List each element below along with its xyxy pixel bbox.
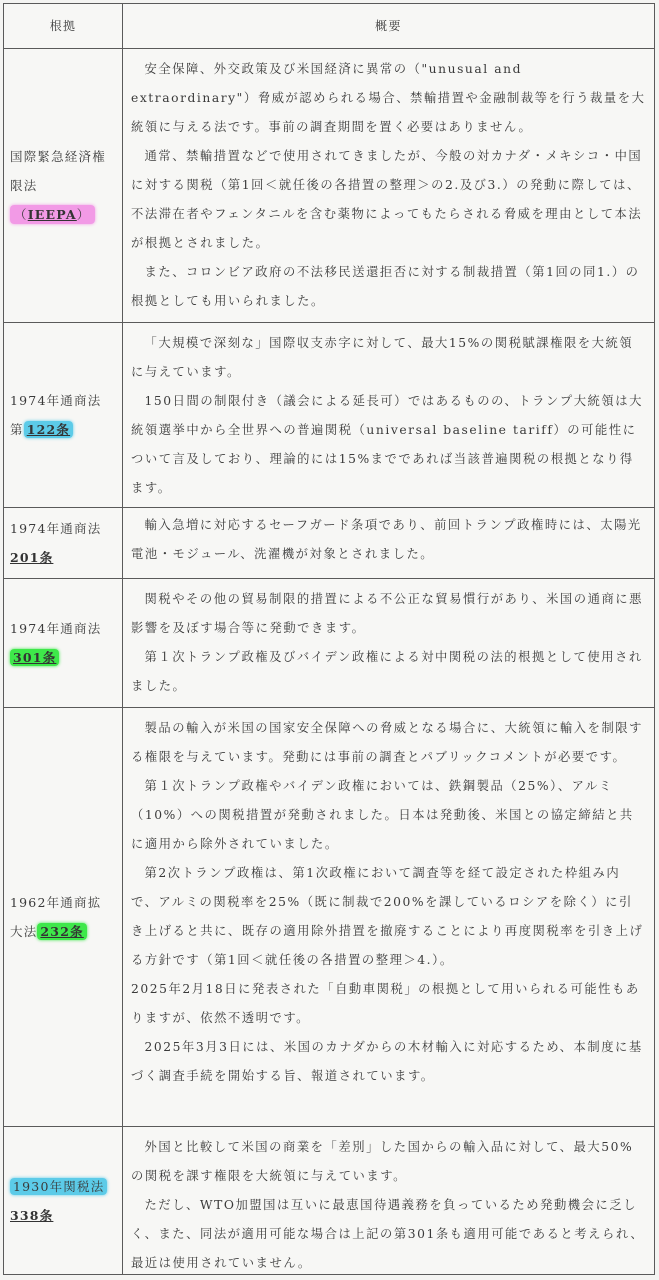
summary-cell: 製品の輸入が米国の国家安全保障への脅威となる場合に、大統領に輸入を制限する権限を… bbox=[123, 708, 654, 1126]
basis-prefix: 大法 bbox=[10, 924, 37, 939]
summary-cell: 安全保障、外交政策及び米国経済に異常の（"unusual and extraor… bbox=[123, 49, 654, 322]
basis-cell: 1974年通商法 201条 bbox=[4, 508, 123, 578]
basis-marked: 第122条 bbox=[10, 415, 122, 444]
summary-paragraph: また、コロンビア政府の不法移民送還拒否に対する制裁措置（第1回の同1.）の根拠と… bbox=[131, 258, 646, 316]
summary-paragraph: 通常、禁輸措置などで使用されてきましたが、今般の対カナダ・メキシコ・中国に対する… bbox=[131, 142, 646, 258]
basis-line: 限法 bbox=[10, 171, 122, 200]
table-row-201: 1974年通商法 201条 輸入急増に対応するセーフガード条項であり、前回トラン… bbox=[4, 507, 654, 578]
table-row-301: 1974年通商法 301条 関税やその他の貿易制限的措置による不公正な貿易慣行が… bbox=[4, 578, 654, 707]
header-basis: 根拠 bbox=[4, 4, 123, 48]
basis-line: 1962年通商拡 bbox=[10, 888, 122, 917]
basis-cell: 1974年通商法 第122条 bbox=[4, 323, 123, 507]
basis-marked: （IEEPA） bbox=[10, 200, 122, 229]
summary-paragraph: 輸入急増に対応するセーフガード条項であり、前回トランプ政権時には、太陽光電池・モ… bbox=[131, 511, 646, 569]
summary-cell: 輸入急増に対応するセーフガード条項であり、前回トランプ政権時には、太陽光電池・モ… bbox=[123, 508, 654, 578]
basis-cell: 国際緊急経済権 限法 （IEEPA） bbox=[4, 49, 123, 322]
summary-cell: 外国と比較して米国の商業を「差別」した国からの輸入品に対して、最大50%の関税を… bbox=[123, 1127, 654, 1274]
table-row-338: 1930年関税法 338条 外国と比較して米国の商業を「差別」した国からの輸入品… bbox=[4, 1126, 654, 1274]
basis-marked: 大法232条 bbox=[10, 917, 122, 946]
law-link-ieepa[interactable]: IEEPA bbox=[28, 207, 77, 222]
law-link-201[interactable]: 201条 bbox=[10, 550, 53, 565]
summary-paragraph: 安全保障、外交政策及び米国経済に異常の（"unusual and extraor… bbox=[131, 55, 646, 142]
basis-marked: 301条 bbox=[10, 643, 122, 672]
basis-line: 1974年通商法 bbox=[10, 514, 122, 543]
summary-paragraph: 第１次トランプ政権やバイデン政権においては、鉄鋼製品（25%）、アルミ（10%）… bbox=[131, 772, 646, 859]
summary-paragraph: 外国と比較して米国の商業を「差別」した国からの輸入品に対して、最大50%の関税を… bbox=[131, 1133, 646, 1191]
basis-line: 1930年関税法 bbox=[10, 1172, 122, 1201]
table-row-122: 1974年通商法 第122条 「大規模で深刻な」国際収支赤字に対して、最大15%… bbox=[4, 322, 654, 507]
basis-prefix: （ bbox=[14, 207, 28, 222]
basis-prefix: 第 bbox=[10, 422, 24, 437]
table-header-row: 根拠 概要 bbox=[4, 4, 654, 48]
basis-marked: 201条 bbox=[10, 543, 122, 572]
table-row-ieepa: 国際緊急経済権 限法 （IEEPA） 安全保障、外交政策及び米国経済に異常の（"… bbox=[4, 48, 654, 322]
highlight-mark: （IEEPA） bbox=[10, 205, 95, 224]
summary-cell: 関税やその他の貿易制限的措置による不公正な貿易慣行があり、米国の通商に悪影響を及… bbox=[123, 579, 654, 707]
summary-paragraph: 関税やその他の貿易制限的措置による不公正な貿易慣行があり、米国の通商に悪影響を及… bbox=[131, 585, 646, 643]
summary-paragraph: 2025年2月18日に発表された「自動車関税」の根拠として用いられる可能性もあり… bbox=[131, 975, 646, 1033]
law-link-301[interactable]: 301条 bbox=[10, 649, 59, 666]
basis-cell: 1974年通商法 301条 bbox=[4, 579, 123, 707]
highlighted-law-name: 1930年関税法 bbox=[10, 1178, 107, 1195]
basis-cell: 1930年関税法 338条 bbox=[4, 1127, 123, 1274]
law-link-338[interactable]: 338条 bbox=[10, 1208, 53, 1223]
law-link-232[interactable]: 232条 bbox=[37, 923, 86, 940]
summary-paragraph: 第１次トランプ政権及びバイデン政権による対中関税の法的根拠として使用されました。 bbox=[131, 643, 646, 701]
summary-paragraph: 第2次トランプ政権は、第1次政権において調査等を経て設定された枠組み内で、アルミ… bbox=[131, 859, 646, 975]
summary-paragraph: ただし、WTO加盟国は互いに最恵国待遇義務を負っているため発動機会に乏しく、また… bbox=[131, 1191, 646, 1278]
basis-line: 1974年通商法 bbox=[10, 614, 122, 643]
summary-paragraph: 2025年3月3日には、米国のカナダからの木材輸入に対応するため、本制度に基づく… bbox=[131, 1033, 646, 1091]
summary-paragraph: 150日間の制限付き（議会による延長可）ではあるものの、トランプ大統領は大統領選… bbox=[131, 387, 646, 503]
summary-cell: 「大規模で深刻な」国際収支赤字に対して、最大15%の関税賦課権限を大統領に与えて… bbox=[123, 323, 654, 507]
legal-basis-table: 根拠 概要 国際緊急経済権 限法 （IEEPA） 安全保障、外交政策及び米国経済… bbox=[3, 3, 655, 1275]
basis-cell: 1962年通商拡 大法232条 bbox=[4, 708, 123, 1126]
header-summary: 概要 bbox=[123, 4, 654, 48]
basis-line: 1974年通商法 bbox=[10, 386, 122, 415]
basis-marked: 338条 bbox=[10, 1201, 122, 1230]
summary-paragraph: 「大規模で深刻な」国際収支赤字に対して、最大15%の関税賦課権限を大統領に与えて… bbox=[131, 329, 646, 387]
table-row-232: 1962年通商拡 大法232条 製品の輸入が米国の国家安全保障への脅威となる場合… bbox=[4, 707, 654, 1126]
summary-paragraph: 製品の輸入が米国の国家安全保障への脅威となる場合に、大統領に輸入を制限する権限を… bbox=[131, 714, 646, 772]
basis-suffix: ） bbox=[77, 207, 91, 222]
law-link-122[interactable]: 122条 bbox=[24, 421, 73, 438]
basis-line: 国際緊急経済権 bbox=[10, 142, 122, 171]
